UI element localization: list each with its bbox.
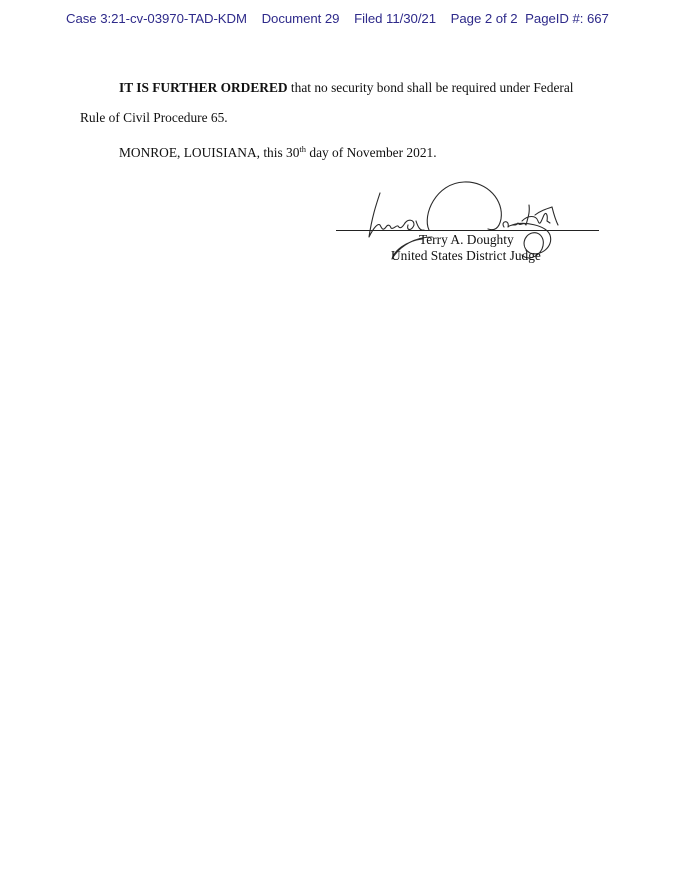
case-number: Case 3:21-cv-03970-TAD-KDM <box>66 11 247 26</box>
dateline-suffix: day of November 2021. <box>306 145 437 160</box>
order-paragraph-continuation: Rule of Civil Procedure 65. <box>80 110 228 126</box>
case-header: Case 3:21-cv-03970-TAD-KDM Document 29 F… <box>66 11 626 26</box>
filed-date: Filed 11/30/21 <box>354 11 436 26</box>
document-number: Document 29 <box>262 11 340 26</box>
document-page: Case 3:21-cv-03970-TAD-KDM Document 29 F… <box>0 0 675 874</box>
signature-line <box>336 230 599 231</box>
signer-name: Terry A. Doughty <box>419 232 514 248</box>
signer-title: United States District Judge <box>391 248 541 264</box>
page-indicator: Page 2 of 2 <box>451 11 518 26</box>
order-heading: IT IS FURTHER ORDERED <box>119 80 288 95</box>
signature-block: Terry A. Doughty United States District … <box>336 175 600 270</box>
order-paragraph: IT IS FURTHER ORDERED that no security b… <box>119 80 574 96</box>
order-text: that no security bond shall be required … <box>288 80 574 95</box>
page-id: PageID #: 667 <box>525 11 609 26</box>
dateline: MONROE, LOUISIANA, this 30th day of Nove… <box>119 145 437 161</box>
dateline-prefix: MONROE, LOUISIANA, this 30 <box>119 145 299 160</box>
